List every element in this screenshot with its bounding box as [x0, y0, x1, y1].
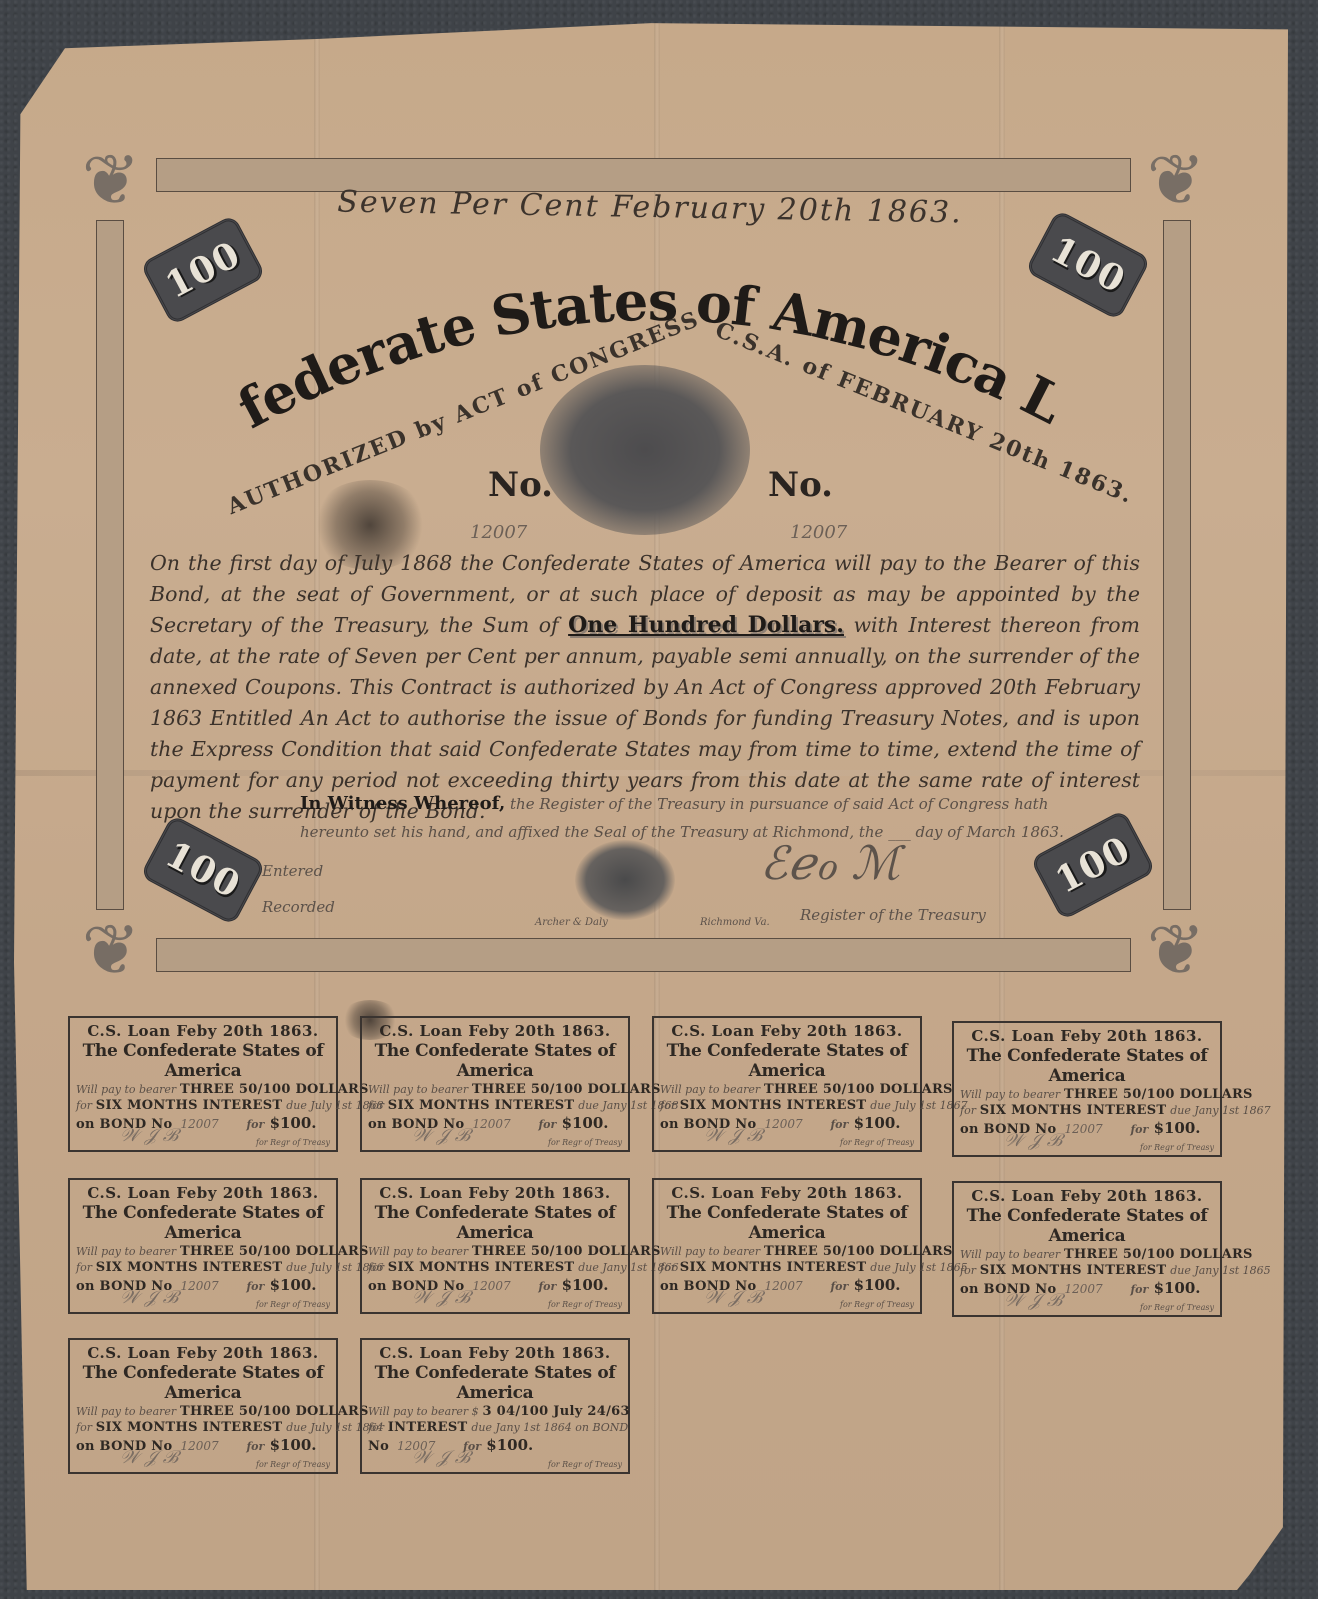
coupon-amount: THREE 50/100 DOLLARS: [1064, 1087, 1253, 1102]
coupon-pay: Will pay to bearer: [76, 1245, 176, 1258]
coupon-signature: 𝒲 𝒥 ℬ: [120, 1125, 178, 1146]
coupon-register-label: for Regr of Treasy: [548, 1300, 622, 1309]
coupon-pay: Will pay to bearer: [660, 1083, 760, 1096]
coupon-signature: 𝒲 𝒥 ℬ: [1004, 1290, 1062, 1311]
coupon-amount: THREE 50/100 DOLLARS: [472, 1082, 661, 1097]
coupon-amount: THREE 50/100 DOLLARS: [764, 1082, 953, 1097]
coupon-amount: THREE 50/100 DOLLARS: [180, 1082, 369, 1097]
entered-label: Entered: [262, 862, 323, 880]
witness-lead: In Witness Whereof,: [300, 793, 505, 814]
interest-coupon: C.S. Loan Feby 20th 1863. The Confederat…: [360, 1338, 630, 1474]
interest-coupon: C.S. Loan Feby 20th 1863. The Confederat…: [952, 1021, 1222, 1157]
coupon-register-label: for Regr of Treasy: [548, 1460, 622, 1469]
coupon-value: $100.: [1154, 1119, 1201, 1137]
small-vignette-image: [575, 840, 675, 920]
witness-clause: In Witness Whereof, the Register of the …: [300, 790, 1120, 846]
coupon-interest: SIX MONTHS INTEREST: [96, 1098, 283, 1113]
coupon-issuer: The Confederate States of America: [368, 1203, 622, 1243]
coupon-value: $100.: [270, 1114, 317, 1132]
coupon-interest: SIX MONTHS INTEREST: [680, 1260, 867, 1275]
coupon-issuer: The Confederate States of America: [368, 1041, 622, 1081]
number-label-right: No.: [768, 465, 833, 505]
coupon-pay: Will pay to bearer: [960, 1088, 1060, 1101]
coupon-register-label: for Regr of Treasy: [1140, 1303, 1214, 1312]
coupon-pay: Will pay to bearer: [368, 1083, 468, 1096]
vignette-image: [540, 365, 750, 535]
number-label-left: No.: [488, 465, 553, 505]
frame-band-bottom: [156, 938, 1131, 972]
coupon-signature: 𝒲 𝒥 ℬ: [412, 1447, 470, 1468]
coupon-interest: SIX MONTHS INTEREST: [980, 1263, 1167, 1278]
coupon-issuer: The Confederate States of America: [660, 1041, 914, 1081]
coupon-due-date: due Jany 1st 1864 on BOND: [471, 1421, 628, 1434]
place-label: Richmond Va.: [700, 917, 770, 928]
coupon-interest: SIX MONTHS INTEREST: [980, 1103, 1167, 1118]
coupon-value: $100.: [1154, 1279, 1201, 1297]
coupon-due-date: due Jany 1st 1867: [1170, 1104, 1270, 1117]
bond-amount: One Hundred Dollars.: [568, 612, 844, 638]
coupon-bond-number: 12007: [180, 1439, 218, 1453]
coupon-signature: 𝒲 𝒥 ℬ: [412, 1287, 470, 1308]
coupon-pay: Will pay to bearer: [960, 1248, 1060, 1261]
coupon-value: $100.: [854, 1276, 901, 1294]
interest-coupon: C.S. Loan Feby 20th 1863. The Confederat…: [360, 1016, 630, 1152]
coupon-signature: 𝒲 𝒥 ℬ: [704, 1125, 762, 1146]
corner-ornament-icon: ❦: [1131, 135, 1221, 225]
coupon-bond-number: 12007: [472, 1279, 510, 1293]
coupon-pay: Will pay to bearer: [76, 1083, 176, 1096]
interest-coupon: C.S. Loan Feby 20th 1863. The Confederat…: [68, 1178, 338, 1314]
coupon-issuer: The Confederate States of America: [76, 1363, 330, 1403]
coupon-value: $100.: [854, 1114, 901, 1132]
coupon-issuer: The Confederate States of America: [368, 1363, 622, 1403]
interest-coupon: C.S. Loan Feby 20th 1863. The Confederat…: [360, 1178, 630, 1314]
bond-body-text: On the first day of July 1868 the Confed…: [150, 548, 1140, 827]
coupon-signature: 𝒲 𝒥 ℬ: [120, 1447, 178, 1468]
coupon-issuer: The Confederate States of America: [660, 1203, 914, 1243]
coupon-amount: THREE 50/100 DOLLARS: [764, 1244, 953, 1259]
corner-ornament-icon: ❦: [1131, 905, 1221, 995]
coupon-register-label: for Regr of Treasy: [256, 1460, 330, 1469]
coupon-interest: SIX MONTHS INTEREST: [680, 1098, 867, 1113]
corner-ornament-icon: ❦: [66, 135, 156, 225]
coupon-amount: 3 04/100 July 24/63: [482, 1404, 629, 1419]
frame-band-right: [1163, 220, 1191, 910]
interest-coupon: C.S. Loan Feby 20th 1863. The Confederat…: [68, 1016, 338, 1152]
interest-coupon: C.S. Loan Feby 20th 1863. The Confederat…: [652, 1178, 922, 1314]
coupon-due-date: due Jany 1st 1865: [1170, 1264, 1270, 1277]
coupon-header: C.S. Loan Feby 20th 1863.: [76, 1184, 330, 1202]
corner-ornament-icon: ❦: [66, 905, 156, 995]
interest-coupon: C.S. Loan Feby 20th 1863. The Confederat…: [652, 1016, 922, 1152]
engraver-label: Archer & Daly: [535, 917, 608, 928]
coupon-bond-number: 12007: [180, 1117, 218, 1131]
coupon-issuer: The Confederate States of America: [76, 1203, 330, 1243]
coupon-register-label: for Regr of Treasy: [840, 1300, 914, 1309]
coupon-pay: Will pay to bearer $: [368, 1405, 479, 1418]
coupon-issuer: The Confederate States of America: [960, 1206, 1214, 1246]
register-signature: ℰℯℴ ℳ: [760, 836, 900, 890]
interest-coupon: C.S. Loan Feby 20th 1863. The Confederat…: [68, 1338, 338, 1474]
coupon-interest: SIX MONTHS INTEREST: [388, 1260, 575, 1275]
coupon-value: $100.: [562, 1114, 609, 1132]
coupon-pay: Will pay to bearer: [368, 1245, 468, 1258]
bond-number-right: 12007: [790, 522, 847, 543]
coupon-amount: THREE 50/100 DOLLARS: [180, 1404, 369, 1419]
coupon-pay: Will pay to bearer: [660, 1245, 760, 1258]
coupon-value: $100.: [270, 1276, 317, 1294]
coupon-interest: SIX MONTHS INTEREST: [96, 1420, 283, 1435]
coupon-amount: THREE 50/100 DOLLARS: [180, 1244, 369, 1259]
coupon-bond-number: 12007: [180, 1279, 218, 1293]
coupon-bond-number: 12007: [472, 1117, 510, 1131]
coupon-signature: 𝒲 𝒥 ℬ: [704, 1287, 762, 1308]
coupon-header: C.S. Loan Feby 20th 1863.: [368, 1184, 622, 1202]
coupon-interest: SIX MONTHS INTEREST: [96, 1260, 283, 1275]
coupon-header: C.S. Loan Feby 20th 1863.: [76, 1344, 330, 1362]
coupon-header: C.S. Loan Feby 20th 1863.: [960, 1027, 1214, 1045]
coupon-interest: SIX MONTHS INTEREST: [388, 1098, 575, 1113]
coupon-header: C.S. Loan Feby 20th 1863.: [368, 1344, 622, 1362]
coupon-register-label: for Regr of Treasy: [256, 1138, 330, 1147]
frame-band-top: [156, 158, 1131, 192]
coupon-signature: 𝒲 𝒥 ℬ: [120, 1287, 178, 1308]
coupon-register-label: for Regr of Treasy: [548, 1138, 622, 1147]
coupon-register-label: for Regr of Treasy: [840, 1138, 914, 1147]
bond-number-left: 12007: [470, 522, 527, 543]
coupon-issuer: The Confederate States of America: [76, 1041, 330, 1081]
coupon-amount: THREE 50/100 DOLLARS: [472, 1244, 661, 1259]
interest-coupon: C.S. Loan Feby 20th 1863. The Confederat…: [952, 1181, 1222, 1317]
coupon-interest: INTEREST: [388, 1420, 468, 1435]
coupon-bond-number: 12007: [1064, 1282, 1102, 1296]
coupon-signature: 𝒲 𝒥 ℬ: [1004, 1130, 1062, 1151]
coupon-pay: Will pay to bearer: [76, 1405, 176, 1418]
coupon-register-label: for Regr of Treasy: [256, 1300, 330, 1309]
coupon-bond-number: 12007: [764, 1279, 802, 1293]
register-label: Register of the Treasury: [800, 906, 986, 924]
coupon-issuer: The Confederate States of America: [960, 1046, 1214, 1086]
coupon-header: C.S. Loan Feby 20th 1863.: [960, 1187, 1214, 1205]
coupon-bond-label: No: [368, 1439, 389, 1454]
recorded-label: Recorded: [262, 898, 335, 916]
coupon-value: $100.: [562, 1276, 609, 1294]
coupon-header: C.S. Loan Feby 20th 1863.: [76, 1022, 330, 1040]
coupon-header: C.S. Loan Feby 20th 1863.: [660, 1022, 914, 1040]
frame-band-left: [96, 220, 124, 910]
coupon-amount: THREE 50/100 DOLLARS: [1064, 1247, 1253, 1262]
coupon-header: C.S. Loan Feby 20th 1863.: [368, 1022, 622, 1040]
coupon-value: $100.: [270, 1436, 317, 1454]
coupon-signature: 𝒲 𝒥 ℬ: [412, 1125, 470, 1146]
coupon-register-label: for Regr of Treasy: [1140, 1143, 1214, 1152]
coupon-bond-number: 12007: [1064, 1122, 1102, 1136]
coupon-bond-number: 12007: [764, 1117, 802, 1131]
coupon-header: C.S. Loan Feby 20th 1863.: [660, 1184, 914, 1202]
coupon-value: $100.: [486, 1436, 533, 1454]
